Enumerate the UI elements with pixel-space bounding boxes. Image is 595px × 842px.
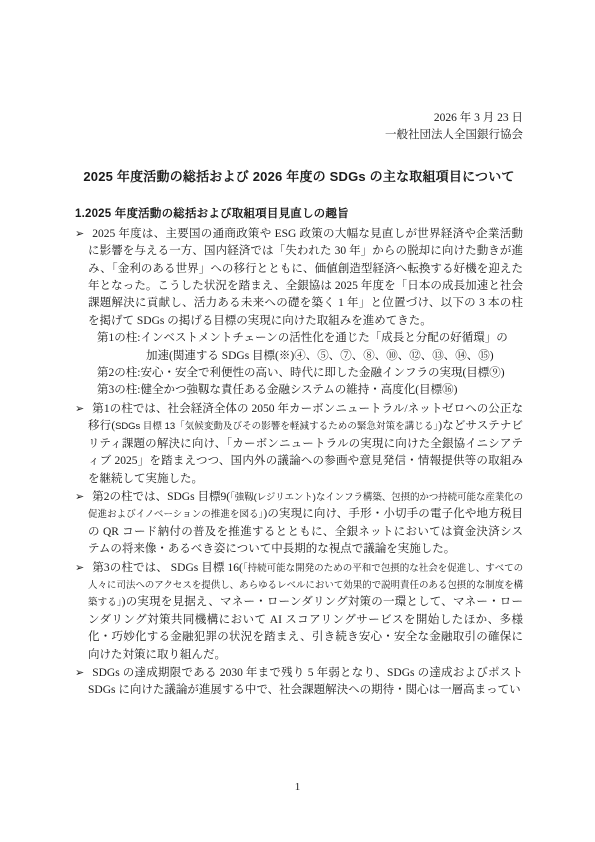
document-date: 2026 年 3 月 23 日 bbox=[75, 110, 523, 127]
bullet-arrow-icon: ➢ bbox=[75, 490, 84, 503]
header-block: 2026 年 3 月 23 日 一般社団法人全国銀行協会 bbox=[75, 110, 523, 145]
section-heading: 1.2025 年度活動の総括および取組項目見直しの趣旨 bbox=[75, 205, 523, 221]
document-title: 2025 年度活動の総括および 2026 年度の SDGs の主な取組項目につい… bbox=[75, 166, 523, 185]
document-page: 2026 年 3 月 23 日 一般社団法人全国銀行協会 2025 年度活動の総… bbox=[0, 0, 595, 842]
bullet-paragraph-3: ➢第2の柱では、SDGs 目標9(「強靱(レジリエント)なインフラ構築、包摂的か… bbox=[75, 488, 523, 559]
bullet-arrow-icon: ➢ bbox=[75, 666, 84, 679]
page-content: 2026 年 3 月 23 日 一般社団法人全国銀行協会 2025 年度活動の総… bbox=[0, 0, 595, 700]
bullet-arrow-icon: ➢ bbox=[75, 402, 84, 415]
pillar-line-1: 第1の柱:インベストメントチェーンの活性化を通じた「成長と分配の好循環」の bbox=[97, 330, 523, 347]
page-number: 1 bbox=[0, 781, 595, 793]
pillar-list: 第1の柱:インベストメントチェーンの活性化を通じた「成長と分配の好循環」の 加速… bbox=[75, 330, 523, 400]
pillar-line-3: 第3の柱:健全かつ強靱な責任ある金融システムの維持・高度化(目標⑯) bbox=[97, 382, 523, 399]
paragraph-text: 第3の柱では、 SDGs 目標 16( bbox=[92, 562, 243, 574]
paragraph-text: 2025 年度は、主要国の通商政策や ESG 政策の大幅な見直しが世界経済や企業… bbox=[88, 228, 523, 327]
bullet-paragraph-1: ➢2025 年度は、主要国の通商政策や ESG 政策の大幅な見直しが世界経済や企… bbox=[75, 225, 523, 330]
pillar-line-2: 第2の柱:安心・安全で利便性の高い、時代に即した金融インフラの実現(目標⑨) bbox=[97, 365, 523, 382]
paragraph-text: SDGs の達成期限である 2030 年まで残り 5 年弱となり、SDGs の達… bbox=[88, 667, 523, 696]
bullet-arrow-icon: ➢ bbox=[75, 561, 84, 574]
bullet-paragraph-5: ➢SDGs の達成期限である 2030 年まで残り 5 年弱となり、SDGs の… bbox=[75, 664, 523, 700]
bullet-paragraph-2: ➢第1の柱では、社会経済全体の 2050 年カーボンニュートラル/ネットゼロへの… bbox=[75, 400, 523, 488]
bullet-paragraph-4: ➢第3の柱では、 SDGs 目標 16(「持続可能な開発のための平和で包摂的な社… bbox=[75, 559, 523, 664]
pillar-line-1-continuation: 加速(関連する SDGs 目標(※)④、⑤、⑦、⑧、⑩、⑫、⑬、⑭、⑮) bbox=[97, 348, 523, 365]
bullet-arrow-icon: ➢ bbox=[75, 227, 84, 240]
paragraph-text: )の実現を見据え、マネー・ローンダリング対策の一環として、マネー・ローンダリング… bbox=[88, 596, 523, 660]
organization-name: 一般社団法人全国銀行協会 bbox=[75, 127, 523, 144]
paragraph-text: 第2の柱では、SDGs 目標9( bbox=[92, 491, 230, 503]
sdgs-goal-quote: SDGs 目標 13「気候変動及びその影響を軽減するための緊急対策を講じる」 bbox=[115, 421, 438, 432]
